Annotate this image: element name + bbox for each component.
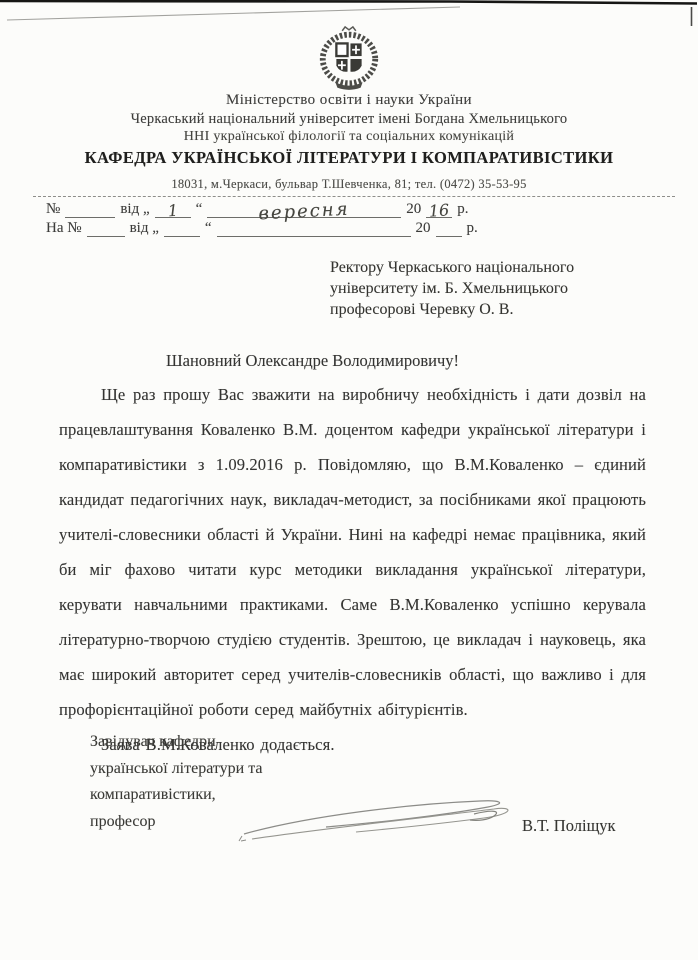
- ref-reply-day-blank: [164, 220, 200, 237]
- handwritten-year: 16: [426, 200, 453, 221]
- letterhead-department: КАФЕДРА УКРАЇНСЬКОЇ ЛІТЕРАТУРИ І КОМПАРА…: [0, 148, 698, 168]
- ref-no-blank: [65, 201, 115, 218]
- letter-body: Ще раз прошу Вас зважити на виробничу не…: [59, 377, 646, 762]
- signer-title-line: української літератури та: [90, 756, 263, 783]
- handwritten-signature: [238, 790, 530, 844]
- ref-vid-label: від „: [130, 220, 159, 237]
- ref-reply-no-blank: [87, 220, 125, 237]
- ref-century-label: 20: [416, 220, 431, 237]
- ref-quote-close: “: [196, 201, 203, 218]
- ref-year-blank: 16: [426, 201, 452, 218]
- letterhead-ministry: Міністерство освіти і науки України: [0, 92, 698, 109]
- signer-title-line: компаративістики,: [90, 782, 263, 809]
- letterhead-divider: [33, 196, 675, 197]
- addressee-line: Ректору Черкаського національного: [330, 257, 574, 278]
- signer-name: В.Т. Поліщук: [522, 816, 616, 836]
- letterhead-address: 18031, м.Черкаси, бульвар Т.Шевченка, 81…: [0, 177, 698, 192]
- ref-day-blank: 1: [155, 201, 191, 218]
- ref-reply-month-blank: [217, 220, 411, 237]
- handwritten-day: 1: [154, 200, 191, 221]
- signer-title-line: Завідувач кафедри: [90, 729, 263, 756]
- ref-year-label: р.: [457, 201, 468, 218]
- signer-title-line: професор: [90, 809, 263, 836]
- ref-reply-year-blank: [436, 220, 462, 237]
- ref-vid-label: від „: [120, 201, 149, 218]
- ref-quote-close: “: [205, 220, 212, 237]
- addressee-block: Ректору Черкаського національного універ…: [330, 257, 574, 320]
- salutation: Шановний Олександре Володимировичу!: [0, 351, 625, 371]
- signer-title-block: Завідувач кафедри української літератури…: [90, 729, 263, 835]
- reference-line-incoming: На № від „ “ 20 р.: [46, 220, 478, 237]
- body-paragraph: Ще раз прошу Вас зважити на виробничу не…: [59, 377, 646, 727]
- addressee-line: професорові Черевку О. В.: [330, 299, 574, 320]
- ref-reply-label: На №: [46, 220, 82, 237]
- addressee-line: університету ім. Б. Хмельницького: [330, 278, 574, 299]
- reference-line-outgoing: № від „ 1 “ вересня 20 16 р.: [46, 201, 469, 218]
- scanned-letter-page: Міністерство освіти і науки України Черк…: [0, 0, 698, 960]
- letterhead-university: Черкаський національний університет імен…: [0, 111, 698, 128]
- letterhead-institute: ННІ української філології та соціальних …: [0, 129, 698, 145]
- ref-year-label: р.: [467, 220, 478, 237]
- ref-month-blank: вересня: [207, 201, 401, 218]
- ref-no-label: №: [46, 201, 60, 218]
- university-emblem-icon: [314, 24, 384, 92]
- ref-century-label: 20: [406, 201, 421, 218]
